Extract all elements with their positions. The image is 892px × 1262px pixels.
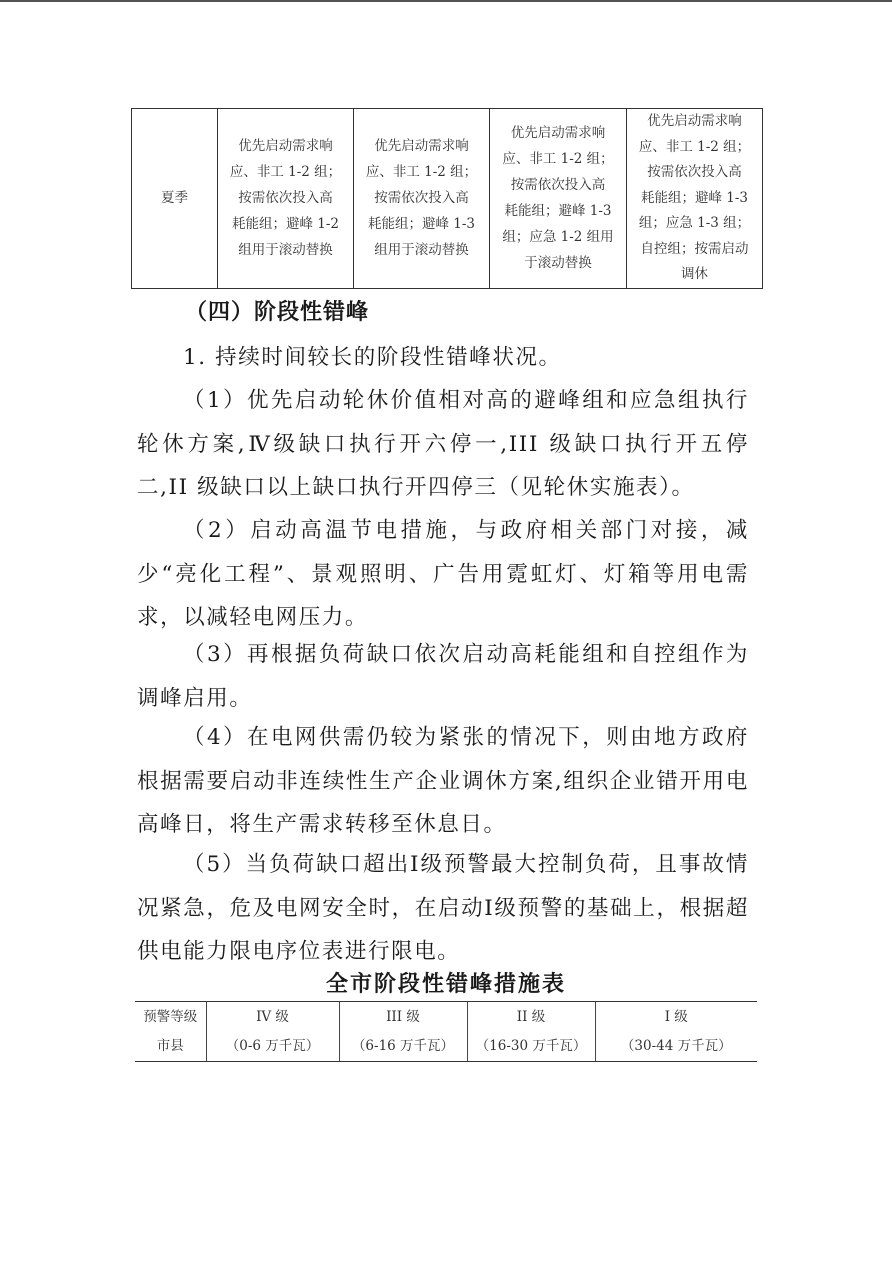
- peak-shifting-measures-table: 预警等级 市县 IV 级 （0-6 万千瓦） III 级 （6-16 万千瓦） …: [135, 1001, 757, 1062]
- table-title: 全市阶段性错峰措施表: [0, 967, 892, 998]
- cell-line: 优先启动需求响: [358, 133, 485, 159]
- level-cell-ii: II 级 （16-30 万千瓦）: [467, 1002, 595, 1062]
- level-label: IV 级: [207, 1003, 339, 1032]
- cell-line: 优先启动需求响: [494, 120, 622, 146]
- header-label-city-county: 市县: [135, 1032, 206, 1061]
- page-top-border: [0, 0, 892, 2]
- level-label: I 级: [596, 1003, 758, 1032]
- table-header-row: 预警等级 市县 IV 级 （0-6 万千瓦） III 级 （6-16 万千瓦） …: [135, 1002, 757, 1062]
- cell-line: 优先启动需求响: [222, 133, 349, 159]
- level-range: （30-44 万千瓦）: [596, 1032, 758, 1061]
- measure-cell-ii: 优先启动需求响 应、非工 1-2 组； 按需依次投入高 耗能组；避峰 1-3 组…: [490, 109, 627, 289]
- measure-cell-i: 优先启动需求响 应、非工 1-2 组； 按需依次投入高 耗能组；避峰 1-3 组…: [627, 109, 763, 289]
- level-range: （6-16 万千瓦）: [340, 1032, 467, 1061]
- cell-line: 调休: [631, 262, 758, 288]
- cell-line: 于滚动替换: [494, 250, 622, 276]
- level-label: III 级: [340, 1003, 467, 1032]
- cell-line: 按需依次投入高: [358, 185, 485, 211]
- cell-line: 耗能组；避峰 1-2: [222, 211, 349, 237]
- season-cell: 夏季: [132, 109, 218, 289]
- cell-line: 应、非工 1-2 组；: [358, 159, 485, 185]
- cell-line: 组；应急 1-2 组用: [494, 224, 622, 250]
- cell-line: 优先启动需求响: [631, 109, 758, 135]
- subheading: 1. 持续时间较长的阶段性错峰状况。: [137, 336, 749, 380]
- header-col-cell: 预警等级 市县: [135, 1002, 206, 1062]
- paragraph-1: （1）优先启动轮休价值相对高的避峰组和应急组执行轮休方案,Ⅳ级缺口执行开六停一,…: [137, 379, 749, 510]
- paragraph-5: （5）当负荷缺口超出Ⅰ级预警最大控制负荷，且事故情况紧急，危及电网安全时，在启动…: [137, 843, 749, 974]
- paragraph-3: （3）再根据负荷缺口依次启动高耗能组和自控组作为调峰启用。: [137, 633, 749, 720]
- cell-line: 按需依次投入高: [494, 172, 622, 198]
- level-label: II 级: [468, 1003, 595, 1032]
- season-measures-table: 夏季 优先启动需求响 应、非工 1-2 组； 按需依次投入高 耗能组；避峰 1-…: [131, 108, 763, 289]
- measure-cell-iv: 优先启动需求响 应、非工 1-2 组； 按需依次投入高 耗能组；避峰 1-2 组…: [218, 109, 354, 289]
- measure-cell-iii: 优先启动需求响 应、非工 1-2 组； 按需依次投入高 耗能组；避峰 1-3 组…: [354, 109, 490, 289]
- paragraph-4: （4）在电网供需仍较为紧张的情况下，则由地方政府根据需要启动非连续性生产企业调休…: [137, 716, 749, 847]
- level-cell-iv: IV 级 （0-6 万千瓦）: [206, 1002, 339, 1062]
- cell-line: 应、非工 1-2 组；: [222, 159, 349, 185]
- paragraph-2: （2）启动高温节电措施，与政府相关部门对接，减少“亮化工程”、景观照明、广告用霓…: [137, 509, 749, 640]
- cell-line: 应、非工 1-2 组；: [494, 146, 622, 172]
- section-heading: （四）阶段性错峰: [185, 293, 369, 333]
- cell-line: 应、非工 1-2 组；: [631, 135, 758, 161]
- cell-line: 按需依次投入高: [222, 185, 349, 211]
- season-label: 夏季: [161, 190, 188, 206]
- level-cell-iii: III 级 （6-16 万千瓦）: [339, 1002, 467, 1062]
- cell-line: 按需依次投入高: [631, 160, 758, 186]
- cell-line: 组；应急 1-3 组；: [631, 211, 758, 237]
- cell-line: 组用于滚动替换: [358, 237, 485, 263]
- cell-line: 耗能组；避峰 1-3: [358, 211, 485, 237]
- level-cell-i: I 级 （30-44 万千瓦）: [595, 1002, 757, 1062]
- cell-line: 耗能组；避峰 1-3: [494, 198, 622, 224]
- cell-line: 耗能组；避峰 1-3: [631, 186, 758, 212]
- level-range: （16-30 万千瓦）: [468, 1032, 595, 1061]
- table-row: 夏季 优先启动需求响 应、非工 1-2 组； 按需依次投入高 耗能组；避峰 1-…: [132, 109, 763, 289]
- header-label-warning-level: 预警等级: [135, 1003, 206, 1032]
- level-range: （0-6 万千瓦）: [207, 1032, 339, 1061]
- cell-line: 组用于滚动替换: [222, 237, 349, 263]
- cell-line: 自控组；按需启动: [631, 237, 758, 263]
